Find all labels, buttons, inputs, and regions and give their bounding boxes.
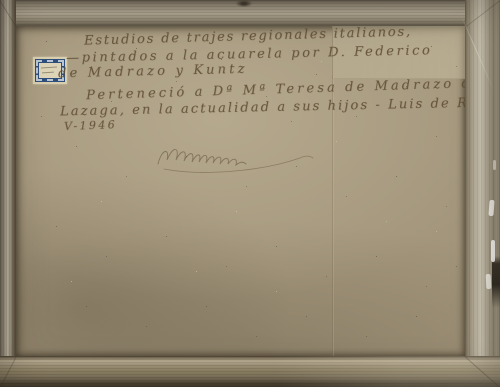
signature-scribble	[150, 140, 320, 176]
glare-highlight	[491, 240, 495, 262]
glare-highlight	[486, 274, 492, 289]
label-handwriting-scribble	[42, 72, 54, 74]
backing-board: Estudios de trajes regionales italianos,…	[16, 26, 465, 356]
crease-line	[332, 76, 333, 356]
frame-bottom-rail	[0, 356, 500, 387]
label-handwriting-scribble	[41, 66, 57, 68]
inscription-line-3: de Madrazo y Kuntz	[58, 62, 248, 82]
date-inscription: V-1946	[64, 118, 117, 133]
framed-artwork-verso-photo: Estudios de trajes regionales italianos,…	[0, 0, 500, 387]
frame-right-rail	[465, 0, 500, 387]
frame-top-rail	[0, 0, 500, 26]
wood-knot-mark	[236, 0, 252, 7]
frame-edge-notch-shadow	[492, 256, 500, 308]
glare-highlight	[493, 160, 496, 170]
frame-left-rail	[0, 0, 16, 387]
